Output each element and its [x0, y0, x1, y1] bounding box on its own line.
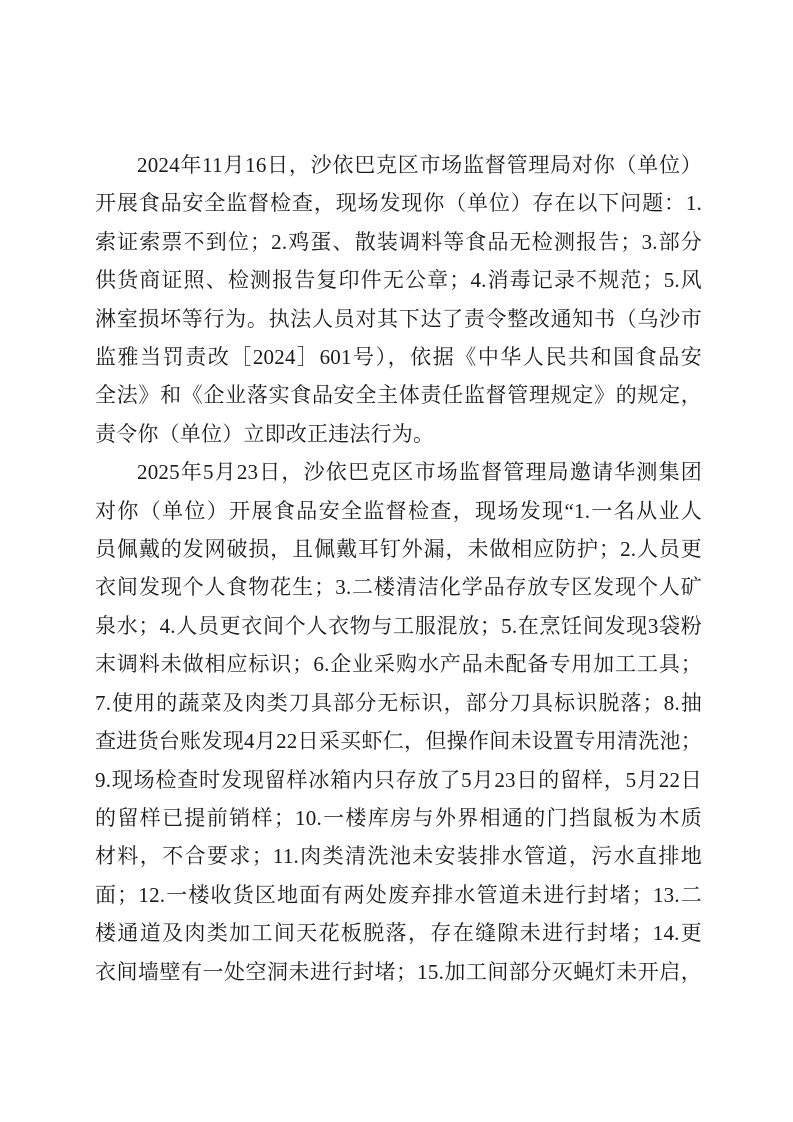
text-line: 面；12.一楼收货区地面有两处废弃排水管道未进行封堵；13.二: [95, 876, 702, 914]
paragraph: 2024年11月16日，沙依巴克区市场监督管理局对你（单位）开展食品安全监督检查…: [95, 146, 702, 453]
text-line: 索证索票不到位；2.鸡蛋、散装调料等食品无检测报告；3.部分: [95, 223, 702, 261]
text-line: 末调料未做相应标识；6.企业采购水产品未配备专用加工工具；: [95, 645, 702, 683]
document-text: 2024年11月16日，沙依巴克区市场监督管理局对你（单位）开展食品安全监督检查…: [95, 146, 702, 991]
text-line: 衣间墙壁有一处空洞未进行封堵；15.加工间部分灭蝇灯未开启，: [95, 953, 702, 991]
text-line: 2024年11月16日，沙依巴克区市场监督管理局对你（单位）: [95, 146, 702, 184]
text-line: 楼通道及肉类加工间天花板脱落，存在缝隙未进行封堵；14.更: [95, 914, 702, 952]
text-line: 对你（单位）开展食品安全监督检查，现场发现“1.一名从业人: [95, 492, 702, 530]
text-line: 供货商证照、检测报告复印件无公章；4.消毒记录不规范；5.风: [95, 261, 702, 299]
text-line: 的留样已提前销样；10.一楼库房与外界相通的门挡鼠板为木质: [95, 799, 702, 837]
text-line: 2025年5月23日，沙依巴克区市场监督管理局邀请华测集团: [95, 453, 702, 491]
text-line: 泉水；4.人员更衣间个人衣物与工服混放；5.在烹饪间发现3袋粉: [95, 607, 702, 645]
text-line: 责令你（单位）立即改正违法行为。: [95, 415, 702, 453]
document-page: 2024年11月16日，沙依巴克区市场监督管理局对你（单位）开展食品安全监督检查…: [0, 0, 793, 1122]
text-line: 淋室损坏等行为。执法人员对其下达了责令整改通知书（乌沙市: [95, 300, 702, 338]
text-line: 全法》和《企业落实食品安全主体责任监督管理规定》的规定，: [95, 376, 702, 414]
text-line: 材料，不合要求；11.肉类清洗池未安装排水管道，污水直排地: [95, 837, 702, 875]
text-line: 开展食品安全监督检查，现场发现你（单位）存在以下问题：1.: [95, 184, 702, 222]
paragraph: 2025年5月23日，沙依巴克区市场监督管理局邀请华测集团对你（单位）开展食品安…: [95, 453, 702, 991]
text-line: 查进货台账发现4月22日采买虾仁，但操作间未设置专用清洗池；: [95, 722, 702, 760]
text-line: 7.使用的蔬菜及肉类刀具部分无标识，部分刀具标识脱落；8.抽: [95, 684, 702, 722]
text-line: 员佩戴的发网破损，且佩戴耳钉外漏，未做相应防护；2.人员更: [95, 530, 702, 568]
text-line: 衣间发现个人食物花生；3.二楼清洁化学品存放专区发现个人矿: [95, 568, 702, 606]
text-line: 监雅当罚责改［2024］601号），依据《中华人民共和国食品安: [95, 338, 702, 376]
text-line: 9.现场检查时发现留样冰箱内只存放了5月23日的留样，5月22日: [95, 761, 702, 799]
